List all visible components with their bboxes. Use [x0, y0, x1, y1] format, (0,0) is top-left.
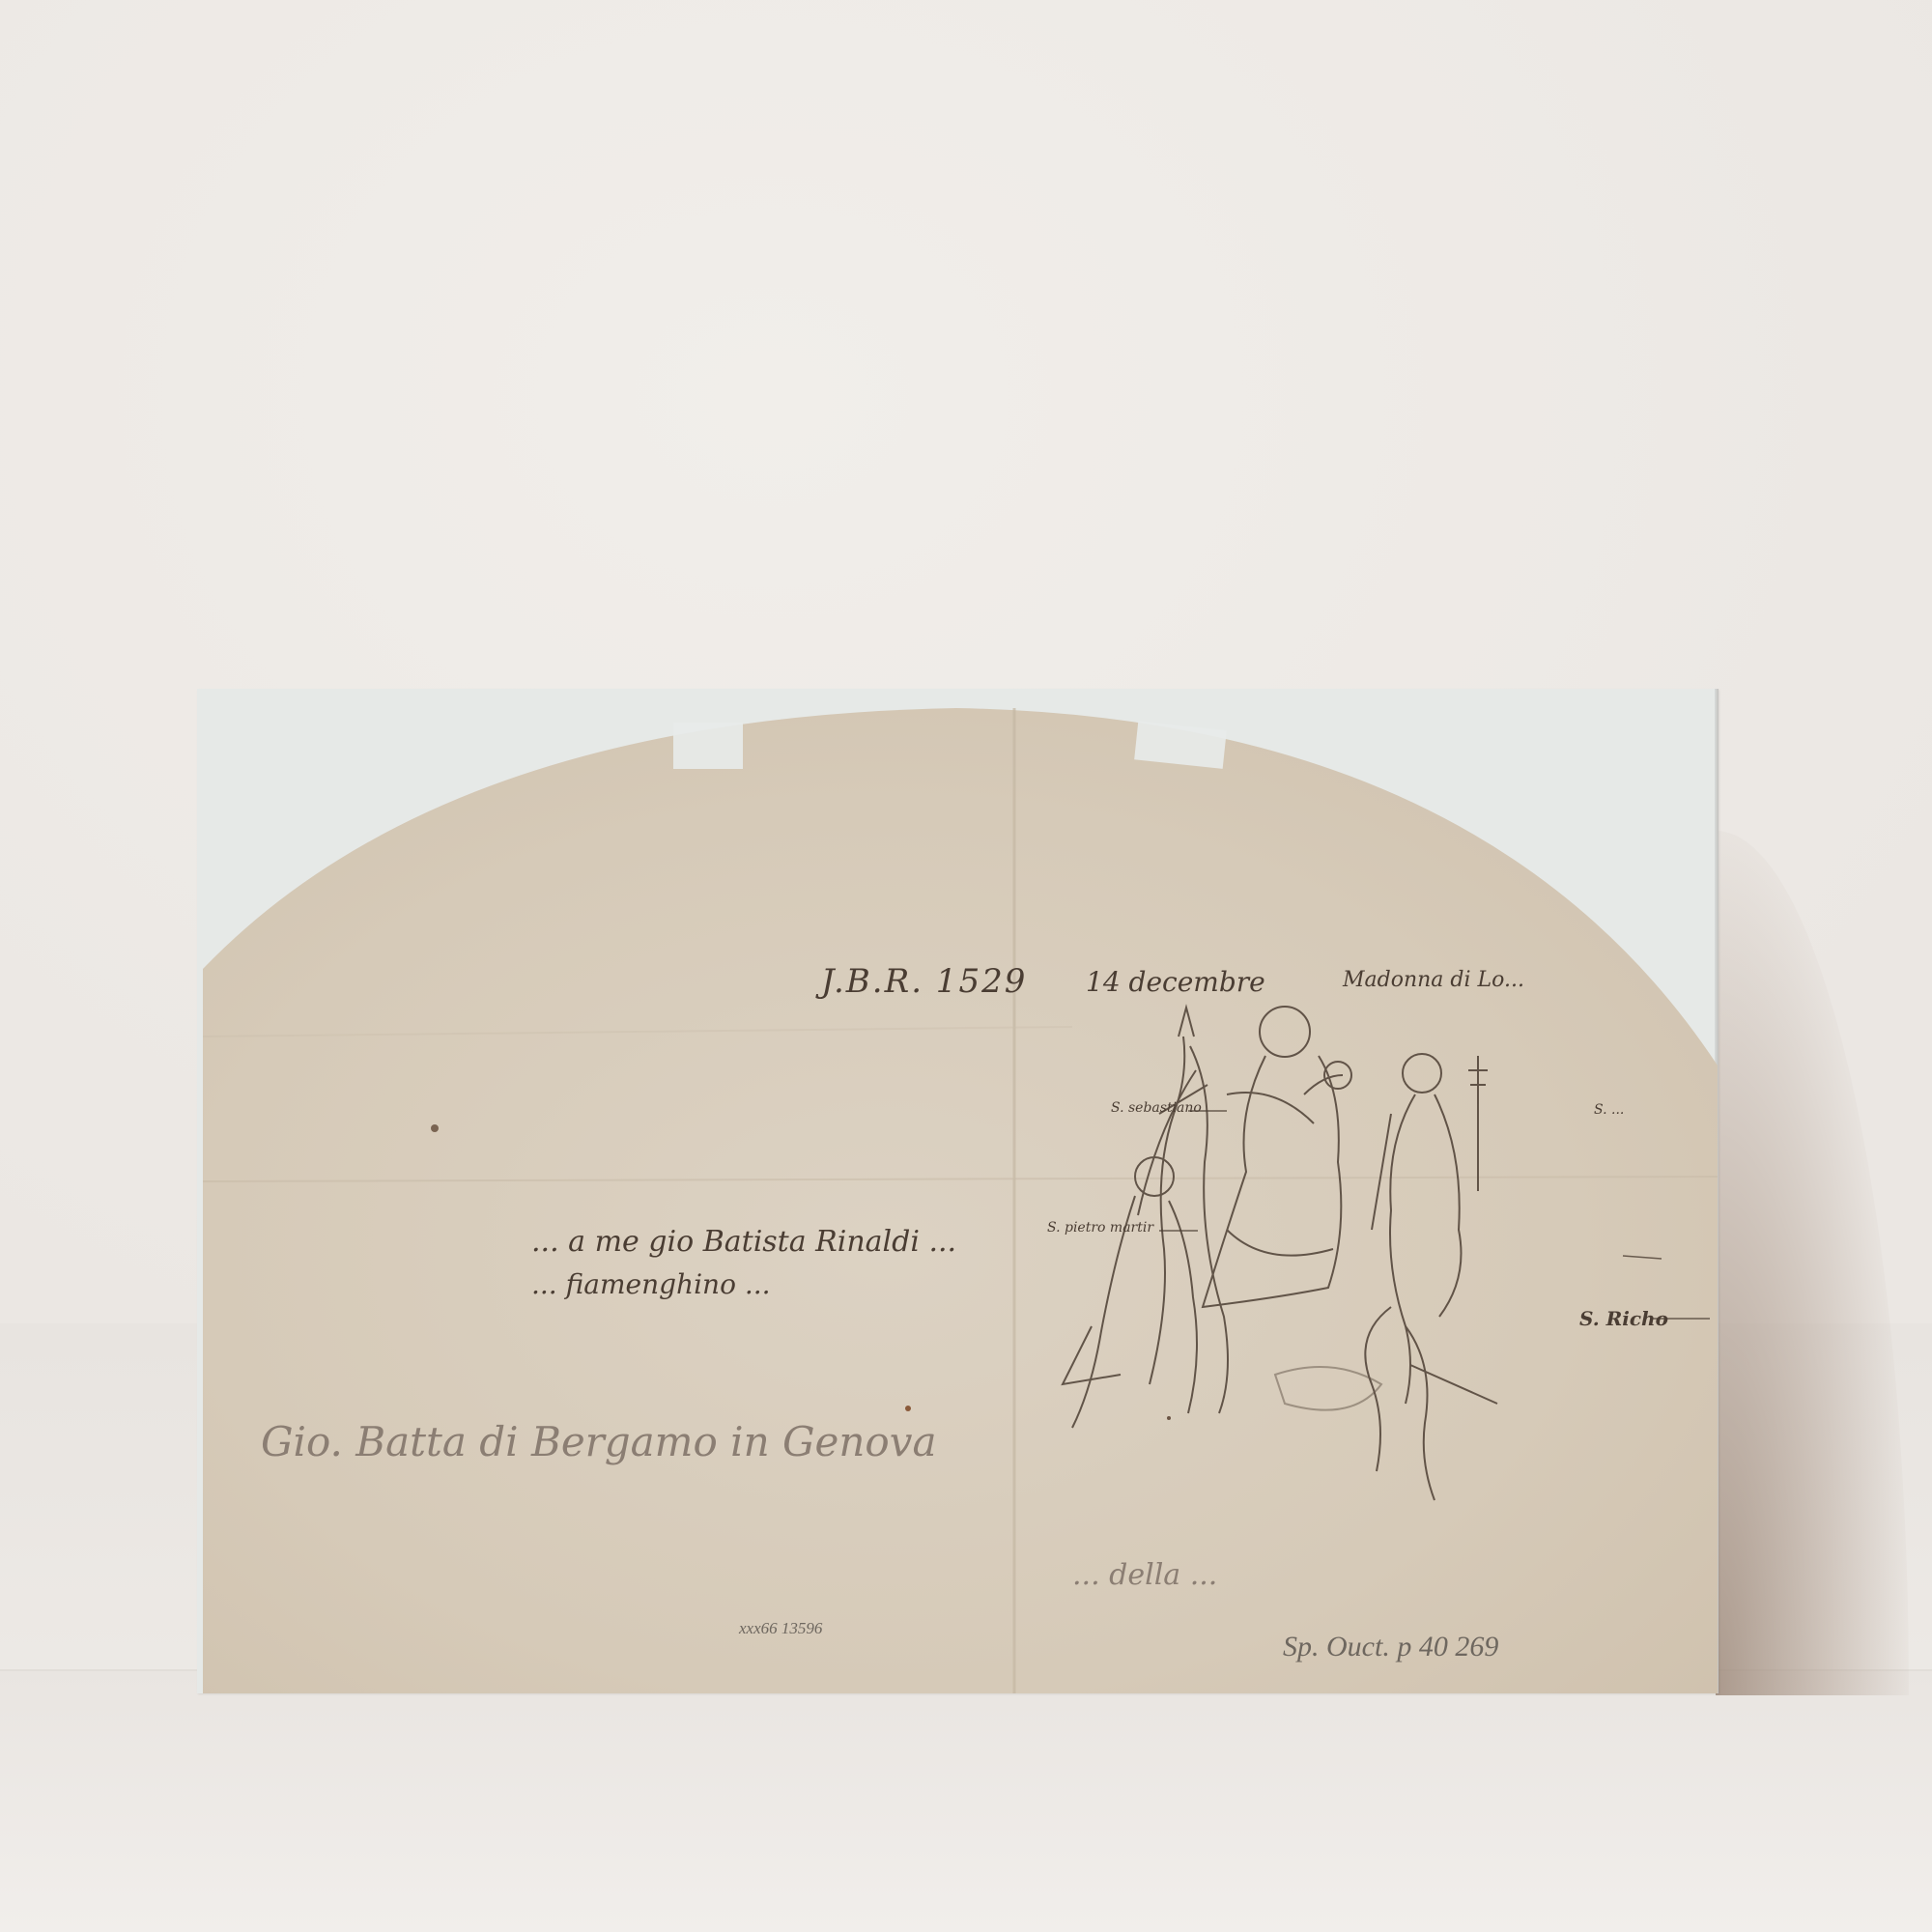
drawing-sheet	[203, 689, 1719, 1693]
label-left-saint: S. sebastiano	[1111, 1100, 1202, 1116]
inscription-initials-date: J.B.R. 1529	[821, 962, 1027, 1001]
signature: Gio. Batta di Bergamo in Genova	[261, 1418, 936, 1465]
label-right-lower-saint: S. Richo	[1579, 1307, 1668, 1330]
catalogue-reference: Sp. Ouct. p 40 269	[1283, 1631, 1498, 1663]
note-line-2: ... fiamenghino ...	[531, 1268, 771, 1300]
note-line-1: ... a me gio Batista Rinaldi ...	[531, 1225, 956, 1259]
inscription-day-month: 14 decembre	[1086, 966, 1265, 998]
lunette-drawing: J.B.R. 1529 14 decembre Madonna di Lo...…	[203, 689, 1719, 1693]
art-print: J.B.R. 1529 14 decembre Madonna di Lo...…	[197, 689, 1719, 1693]
label-right-saint: S. ...	[1594, 1102, 1624, 1118]
inventory-number: xxx66 13596	[739, 1619, 822, 1638]
shelf-surface	[0, 1671, 1932, 1932]
faint-annotation: ... della ...	[1072, 1558, 1217, 1592]
inscription-title: Madonna di Lo...	[1343, 968, 1524, 992]
label-kneeling-saint: S. pietro martir	[1047, 1220, 1153, 1236]
